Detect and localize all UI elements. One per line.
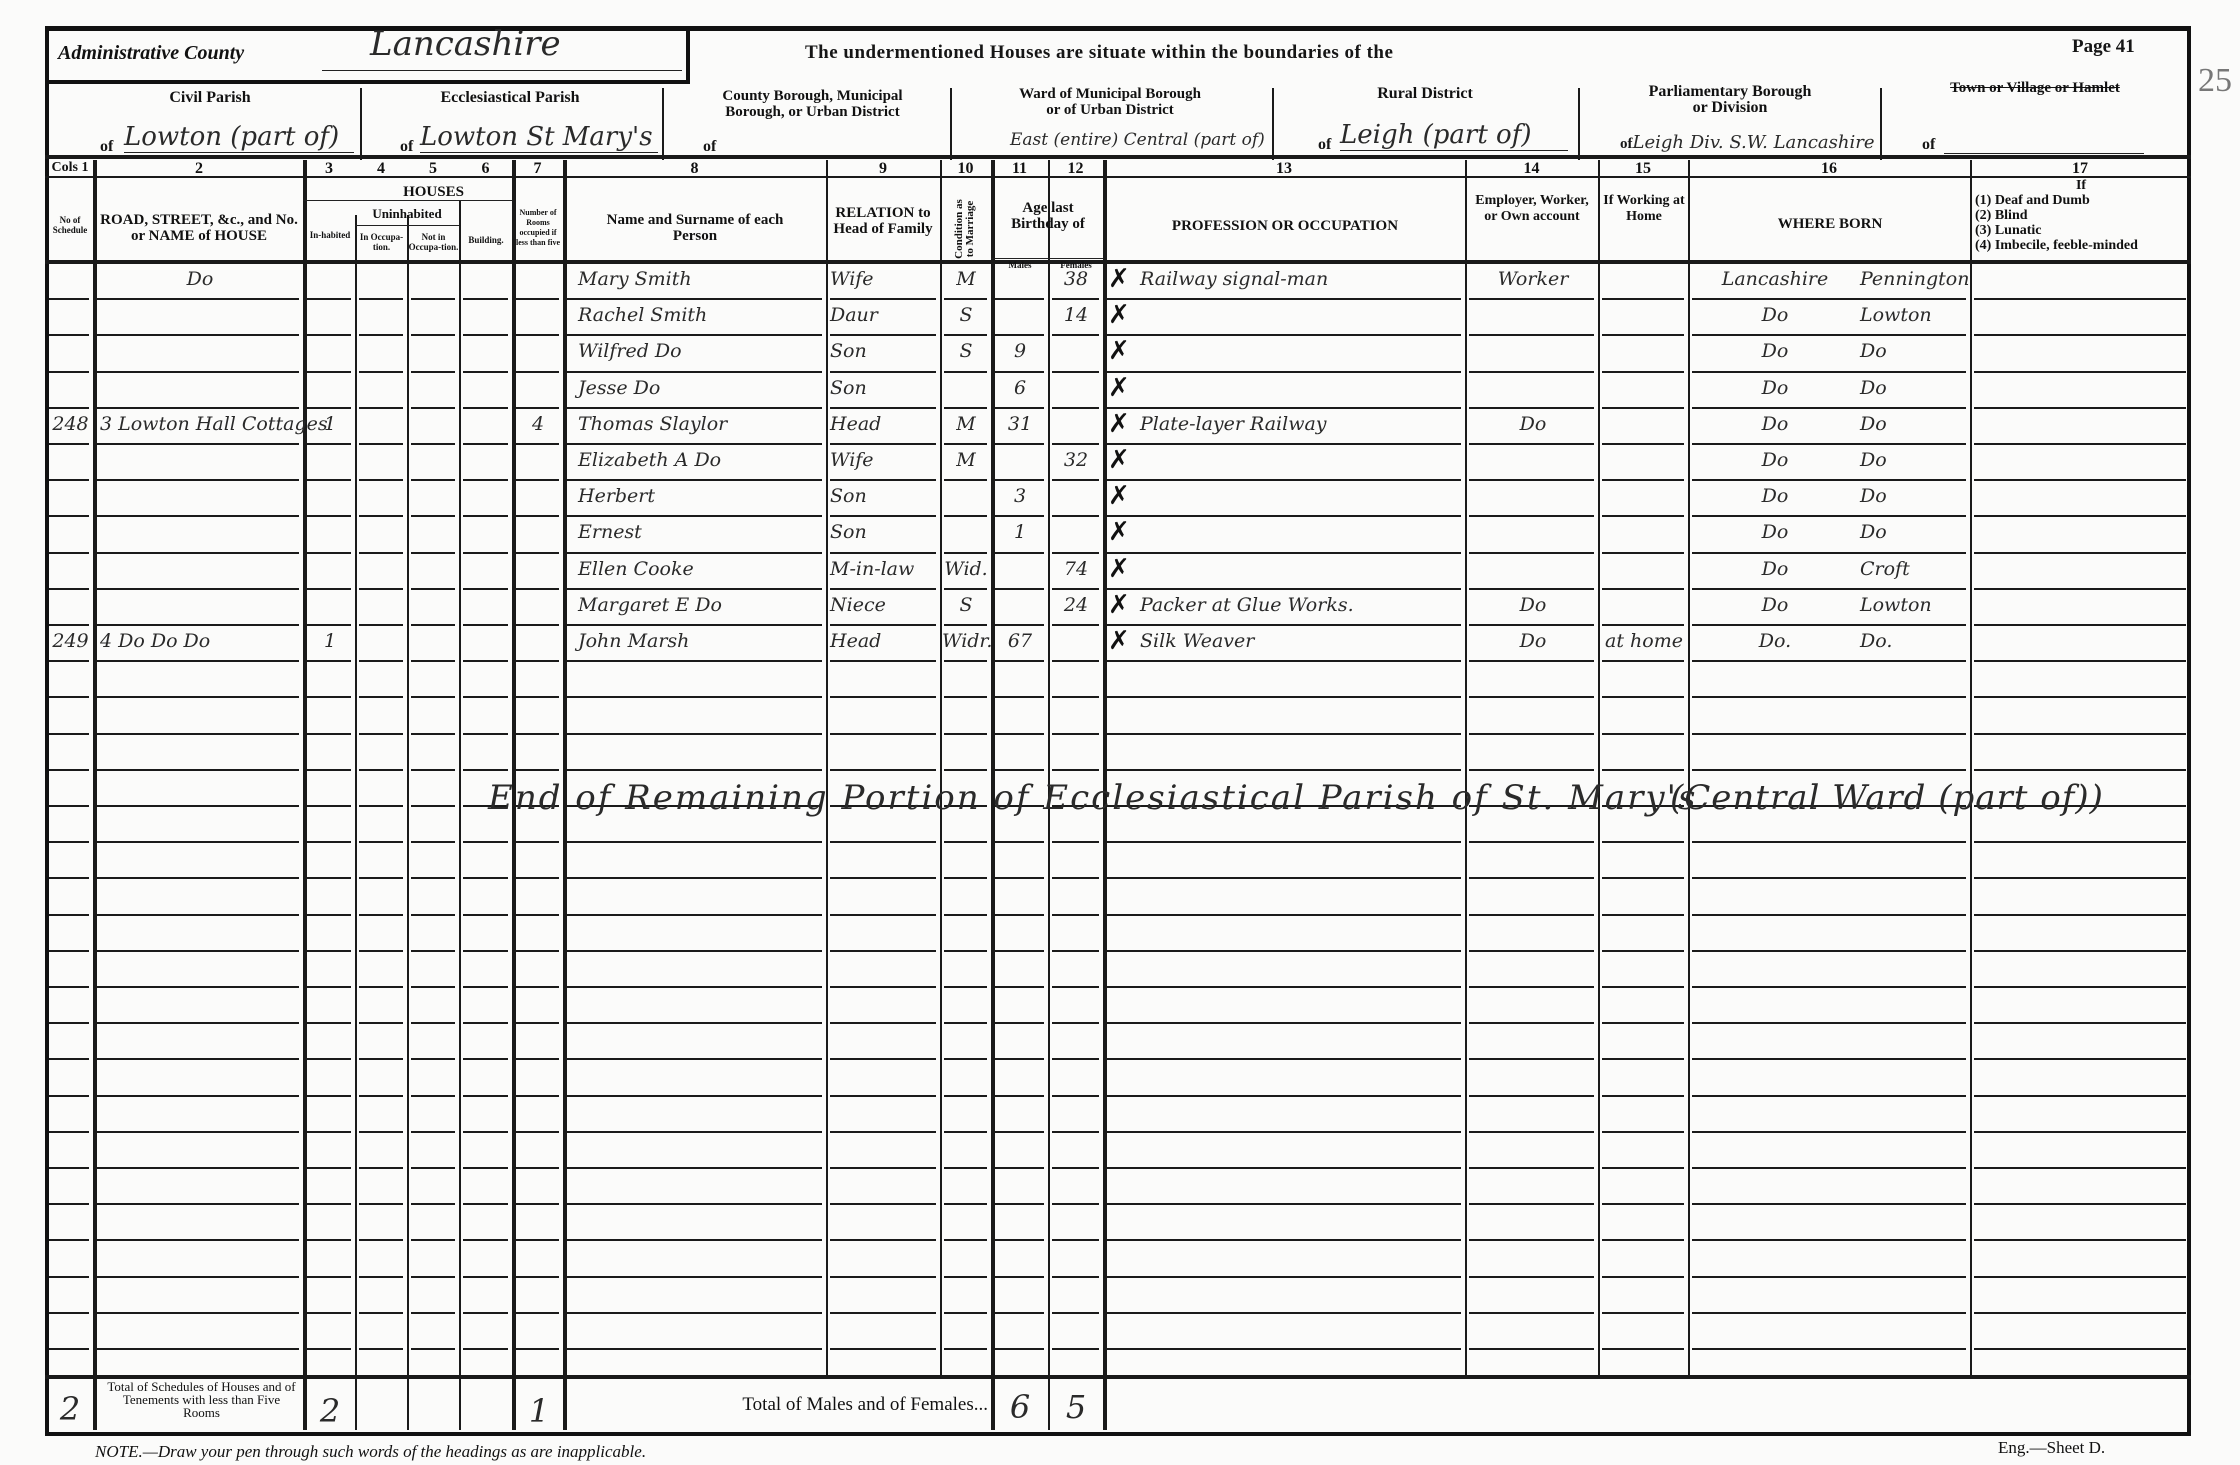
row-rule — [49, 1239, 89, 1241]
cell-employer — [1470, 479, 1596, 513]
cell-occupation — [1140, 298, 1465, 332]
row-rule — [944, 660, 987, 662]
row-rule — [359, 914, 403, 916]
row-rule — [944, 696, 987, 698]
row-rule — [995, 877, 1044, 879]
row-rule — [1052, 841, 1099, 843]
row-rule — [830, 1131, 936, 1133]
cell-born-place: Do — [1860, 371, 1970, 405]
row-rule — [411, 1022, 455, 1024]
row-rule — [1692, 950, 1966, 952]
check-mark-icon: ✗ — [1108, 590, 1130, 620]
header-schedule: No of Schedule — [47, 215, 93, 235]
row-rule — [49, 841, 89, 843]
cell-home — [1600, 588, 1688, 622]
cell-name: Ernest — [578, 515, 823, 549]
row-rule — [463, 914, 508, 916]
row-rule — [49, 914, 89, 916]
row-rule — [567, 914, 822, 916]
row-rule — [1602, 877, 1684, 879]
cell-inhabited — [305, 443, 355, 477]
cell-born-place: Do — [1860, 334, 1970, 368]
row-rule — [307, 950, 351, 952]
row-rule — [307, 1348, 351, 1350]
row-rule — [49, 1095, 89, 1097]
row-rule — [411, 1095, 455, 1097]
cell-relation: Wife — [830, 443, 938, 477]
row-rule — [516, 1022, 559, 1024]
cell-employer — [1470, 371, 1596, 405]
cell-home — [1600, 479, 1688, 513]
colnum-9: 9 — [826, 160, 940, 178]
colnum-5: 5 — [407, 160, 459, 178]
colnum-11: 11 — [991, 160, 1048, 178]
row-rule — [567, 696, 822, 698]
row-rule — [944, 914, 987, 916]
header-uninhabited: Uninhabited — [355, 206, 459, 222]
row-rule — [359, 371, 403, 373]
cell-born-county: Do — [1700, 298, 1850, 332]
rural-district-label: Rural District — [1300, 86, 1550, 102]
cell-address — [100, 443, 300, 477]
row-rule — [1692, 660, 1966, 662]
cell-address — [100, 298, 300, 332]
row-rule — [1974, 443, 2186, 445]
row-rule — [1107, 733, 1461, 735]
check-mark-icon: ✗ — [1108, 409, 1130, 439]
row-rule — [1692, 696, 1966, 698]
cell-name: Margaret E Do — [578, 588, 823, 622]
colnum-8: 8 — [563, 160, 826, 178]
check-mark-icon: ✗ — [1108, 554, 1130, 584]
row-rule — [359, 443, 403, 445]
row-rule — [516, 769, 559, 771]
row-rule — [1052, 986, 1099, 988]
cell-employer — [1470, 298, 1596, 332]
ward-label: Ward of Municipal Borough or of Urban Di… — [960, 86, 1260, 118]
cell-female-age — [1050, 371, 1102, 405]
header-road: ROAD, STREET, &c., and No. or NAME of HO… — [96, 212, 302, 244]
row-rule — [567, 1276, 822, 1278]
row-rule — [567, 1239, 822, 1241]
row-rule — [307, 1095, 351, 1097]
row-rule — [1469, 1131, 1594, 1133]
row-rule — [944, 1167, 987, 1169]
rural-district-of: of — [1318, 136, 1331, 154]
row-rule — [516, 1167, 559, 1169]
cell-employer: Do — [1470, 624, 1596, 658]
row-rule — [411, 805, 455, 807]
row-rule — [411, 1131, 455, 1133]
row-rule — [463, 1276, 508, 1278]
row-rule — [463, 733, 508, 735]
cell-occupation — [1140, 443, 1465, 477]
row-rule — [97, 914, 299, 916]
cell-condition: S — [942, 298, 990, 332]
row-rule — [830, 660, 936, 662]
colnum-1: Cols 1 — [46, 160, 94, 176]
cell-relation: Son — [830, 334, 938, 368]
check-mark-icon: ✗ — [1108, 445, 1130, 475]
row-rule — [411, 914, 455, 916]
cell-schedule — [48, 479, 93, 513]
row-rule — [411, 407, 455, 409]
cell-rooms — [514, 334, 562, 368]
row-rule — [359, 1022, 403, 1024]
cell-rooms — [514, 515, 562, 549]
row-rule — [516, 950, 559, 952]
cell-male-age: 1 — [993, 515, 1047, 549]
cell-female-age: 14 — [1050, 298, 1102, 332]
town-village-value-line — [1944, 153, 2144, 154]
row-rule — [411, 769, 455, 771]
row-rule — [411, 733, 455, 735]
cell-male-age: 67 — [993, 624, 1047, 658]
county-value: Lancashire — [370, 24, 561, 64]
row-rule — [411, 1203, 455, 1205]
header-employer: Employer, Worker, or Own account — [1467, 193, 1597, 225]
cell-schedule: 249 — [48, 624, 93, 658]
row-rule — [944, 950, 987, 952]
row-rule — [830, 877, 936, 879]
page-number: Page 41 — [2072, 36, 2135, 58]
row-rule — [830, 769, 936, 771]
cell-born-place: Pennington — [1860, 262, 1970, 296]
row-rule — [830, 696, 936, 698]
cell-employer: Do — [1470, 407, 1596, 441]
row-rule — [944, 1095, 987, 1097]
row-rule — [1974, 769, 2186, 771]
row-rule — [97, 1239, 299, 1241]
row-rule — [463, 696, 508, 698]
cell-inhabited — [305, 588, 355, 622]
cell-name: Herbert — [578, 479, 823, 513]
cell-male-age — [993, 552, 1047, 586]
row-rule — [359, 877, 403, 879]
row-rule — [1469, 660, 1594, 662]
row-rule — [1052, 1348, 1099, 1350]
row-rule — [307, 660, 351, 662]
row-rule — [516, 841, 559, 843]
header-inhabited: In-habited — [305, 230, 355, 240]
cell-address: 4 Do Do Do — [100, 624, 300, 658]
row-rule — [944, 1239, 987, 1241]
cell-home — [1600, 407, 1688, 441]
row-rule — [49, 1312, 89, 1314]
row-rule — [1469, 1276, 1594, 1278]
colnum-12: 12 — [1048, 160, 1103, 178]
row-rule — [97, 1348, 299, 1350]
row-rule — [1692, 1131, 1966, 1133]
cell-name: Jesse Do — [578, 371, 823, 405]
row-rule — [49, 1022, 89, 1024]
row-rule — [830, 1276, 936, 1278]
row-rule — [1974, 1095, 2186, 1097]
row-rule — [463, 298, 508, 300]
cell-inhabited: 1 — [305, 624, 355, 658]
row-rule — [463, 371, 508, 373]
cell-born-county: Do — [1700, 407, 1850, 441]
row-rule — [307, 1203, 351, 1205]
row-rule — [1602, 769, 1684, 771]
row-rule — [944, 1203, 987, 1205]
cell-inhabited — [305, 298, 355, 332]
row-rule — [830, 1239, 936, 1241]
row-rule — [1692, 1167, 1966, 1169]
row-rule — [1602, 986, 1684, 988]
cell-born-place: Do — [1860, 479, 1970, 513]
cell-male-age: 31 — [993, 407, 1047, 441]
row-rule — [1974, 298, 2186, 300]
row-rule — [516, 914, 559, 916]
cell-condition: Widr. — [942, 624, 990, 658]
row-rule — [944, 877, 987, 879]
header-rooms: Number of Rooms occupied if less than fi… — [513, 208, 563, 248]
row-rule — [359, 1095, 403, 1097]
row-rule — [995, 1276, 1044, 1278]
row-rule — [463, 986, 508, 988]
row-rule — [516, 1131, 559, 1133]
row-rule — [49, 1058, 89, 1060]
header-houses: HOUSES — [355, 184, 512, 200]
cell-relation: Son — [830, 371, 938, 405]
row-rule — [463, 588, 508, 590]
row-rule — [463, 334, 508, 336]
rural-district-value: Leigh (part of) — [1340, 120, 1568, 151]
row-rule — [995, 1058, 1044, 1060]
cell-born-place: Do — [1860, 515, 1970, 549]
row-rule — [1052, 1239, 1099, 1241]
row-rule — [97, 986, 299, 988]
cell-home: at home — [1600, 624, 1688, 658]
row-rule — [995, 696, 1044, 698]
total-inhabited: 2 — [305, 1392, 355, 1430]
row-rule — [1107, 1167, 1461, 1169]
row-rule — [307, 1276, 351, 1278]
row-rule — [49, 769, 89, 771]
row-rule — [1052, 660, 1099, 662]
cell-occupation — [1140, 371, 1465, 405]
infirmity-if: If — [1975, 178, 2187, 193]
row-rule — [359, 841, 403, 843]
cell-schedule — [48, 515, 93, 549]
row-rule — [411, 552, 455, 554]
row-rule — [359, 1239, 403, 1241]
cell-schedule — [48, 443, 93, 477]
row-rule — [97, 877, 299, 879]
row-rule — [1052, 696, 1099, 698]
row-rule — [1692, 1239, 1966, 1241]
row-rule — [359, 588, 403, 590]
county-borough-label: County Borough, Municipal Borough, or Ur… — [680, 88, 945, 120]
row-rule — [1602, 1058, 1684, 1060]
row-rule — [516, 877, 559, 879]
row-rule — [944, 986, 987, 988]
row-rule — [1602, 733, 1684, 735]
row-rule — [1974, 841, 2186, 843]
row-rule — [1974, 371, 2186, 373]
row-rule — [1107, 1022, 1461, 1024]
row-rule — [567, 733, 822, 735]
row-rule — [463, 1203, 508, 1205]
row-rule — [49, 805, 89, 807]
check-mark-icon: ✗ — [1108, 300, 1130, 330]
cell-home — [1600, 262, 1688, 296]
cell-home — [1600, 552, 1688, 586]
row-rule — [49, 877, 89, 879]
check-mark-icon: ✗ — [1108, 373, 1130, 403]
row-rule — [1974, 1022, 2186, 1024]
total-males: 6 — [992, 1388, 1048, 1426]
row-rule — [1469, 769, 1594, 771]
total-persons-label: Total of Males and of Females... — [600, 1394, 988, 1416]
row-rule — [307, 841, 351, 843]
cell-rooms — [514, 588, 562, 622]
row-rule — [411, 1276, 455, 1278]
row-rule — [359, 624, 403, 626]
total-schedules-label: Total of Schedules of Houses and of Tene… — [104, 1380, 299, 1419]
cell-born-county: Lancashire — [1700, 262, 1850, 296]
row-rule — [97, 1095, 299, 1097]
row-rule — [463, 660, 508, 662]
cell-home — [1600, 515, 1688, 549]
colnum-2: 2 — [95, 160, 303, 178]
cell-female-age — [1050, 515, 1102, 549]
header-infirmity: If (1) Deaf and Dumb (2) Blind (3) Lunat… — [1975, 178, 2187, 253]
row-rule — [1974, 696, 2186, 698]
row-rule — [307, 1022, 351, 1024]
row-rule — [995, 1348, 1044, 1350]
row-rule — [1974, 877, 2186, 879]
cell-occupation — [1140, 479, 1465, 513]
row-rule — [307, 1167, 351, 1169]
row-rule — [307, 914, 351, 916]
cell-female-age: 74 — [1050, 552, 1102, 586]
cell-born-county: Do. — [1700, 624, 1850, 658]
cell-condition: S — [942, 334, 990, 368]
row-rule — [411, 1239, 455, 1241]
row-rule — [1692, 986, 1966, 988]
cell-inhabited — [305, 515, 355, 549]
cell-male-age: 9 — [993, 334, 1047, 368]
header-age: Age last Birthday of — [996, 200, 1100, 232]
row-rule — [830, 1203, 936, 1205]
row-rule — [97, 1276, 299, 1278]
row-rule — [995, 986, 1044, 988]
row-rule — [1692, 841, 1966, 843]
cell-born-county: Do — [1700, 588, 1850, 622]
row-rule — [49, 1276, 89, 1278]
infirmity-deaf-dumb: (1) Deaf and Dumb — [1975, 193, 2187, 208]
row-rule — [516, 733, 559, 735]
total-schedules-count: 2 — [50, 1390, 90, 1428]
row-rule — [516, 1312, 559, 1314]
row-rule — [516, 1276, 559, 1278]
parliamentary-value-text: Leigh Div. S.W. Lancashire — [1633, 132, 1875, 153]
row-rule — [463, 1131, 508, 1133]
cell-schedule — [48, 298, 93, 332]
header-working-home: If Working at Home — [1600, 193, 1688, 225]
row-rule — [1602, 1022, 1684, 1024]
row-rule — [830, 841, 936, 843]
colnum-13: 13 — [1103, 160, 1465, 178]
cell-address: Do — [100, 262, 300, 296]
infirmity-imbecile: (4) Imbecile, feeble-minded — [1975, 238, 2187, 253]
row-rule — [1469, 1348, 1594, 1350]
row-rule — [1052, 1131, 1099, 1133]
cell-born-county: Do — [1700, 443, 1850, 477]
ward-label-line2: or of Urban District — [960, 102, 1260, 118]
row-rule — [49, 660, 89, 662]
row-rule — [359, 407, 403, 409]
cell-employer — [1470, 515, 1596, 549]
row-rule — [307, 877, 351, 879]
cell-female-age: 38 — [1050, 262, 1102, 296]
cell-rooms — [514, 552, 562, 586]
row-rule — [463, 769, 508, 771]
row-rule — [1469, 1095, 1594, 1097]
row-rule — [463, 1239, 508, 1241]
cell-relation: Daur — [830, 298, 938, 332]
row-rule — [1107, 1312, 1461, 1314]
row-rule — [830, 950, 936, 952]
row-rule — [1107, 986, 1461, 988]
row-rule — [1602, 1312, 1684, 1314]
cell-schedule — [48, 552, 93, 586]
cell-rooms: 4 — [514, 407, 562, 441]
row-rule — [1974, 1276, 2186, 1278]
ecclesiastical-parish-label: Ecclesiastical Parish — [400, 90, 620, 106]
row-rule — [1107, 1058, 1461, 1060]
row-rule — [1974, 950, 2186, 952]
row-rule — [463, 1167, 508, 1169]
row-rule — [1692, 733, 1966, 735]
row-rule — [1052, 950, 1099, 952]
row-rule — [97, 660, 299, 662]
row-rule — [516, 696, 559, 698]
row-rule — [995, 1022, 1044, 1024]
colnum-16: 16 — [1688, 160, 1970, 178]
row-rule — [830, 914, 936, 916]
row-rule — [463, 1312, 508, 1314]
row-rule — [1692, 769, 1966, 771]
row-rule — [307, 1131, 351, 1133]
row-rule — [97, 1022, 299, 1024]
row-rule — [516, 660, 559, 662]
row-rule — [1052, 1203, 1099, 1205]
row-rule — [1602, 914, 1684, 916]
row-rule — [567, 1131, 822, 1133]
row-rule — [1602, 841, 1684, 843]
row-rule — [944, 1131, 987, 1133]
row-rule — [995, 1131, 1044, 1133]
cell-employer — [1470, 443, 1596, 477]
row-rule — [995, 914, 1044, 916]
cell-address: 3 Lowton Hall Cottages — [100, 407, 300, 441]
row-rule — [1974, 334, 2186, 336]
cell-male-age — [993, 588, 1047, 622]
row-rule — [1469, 696, 1594, 698]
row-rule — [995, 1167, 1044, 1169]
cell-address — [100, 334, 300, 368]
row-rule — [359, 986, 403, 988]
row-rule — [307, 733, 351, 735]
row-rule — [1974, 733, 2186, 735]
cell-condition: M — [942, 262, 990, 296]
row-rule — [307, 1058, 351, 1060]
ward-value: East (entire) Central (part of) — [1010, 130, 1265, 150]
cell-home — [1600, 371, 1688, 405]
